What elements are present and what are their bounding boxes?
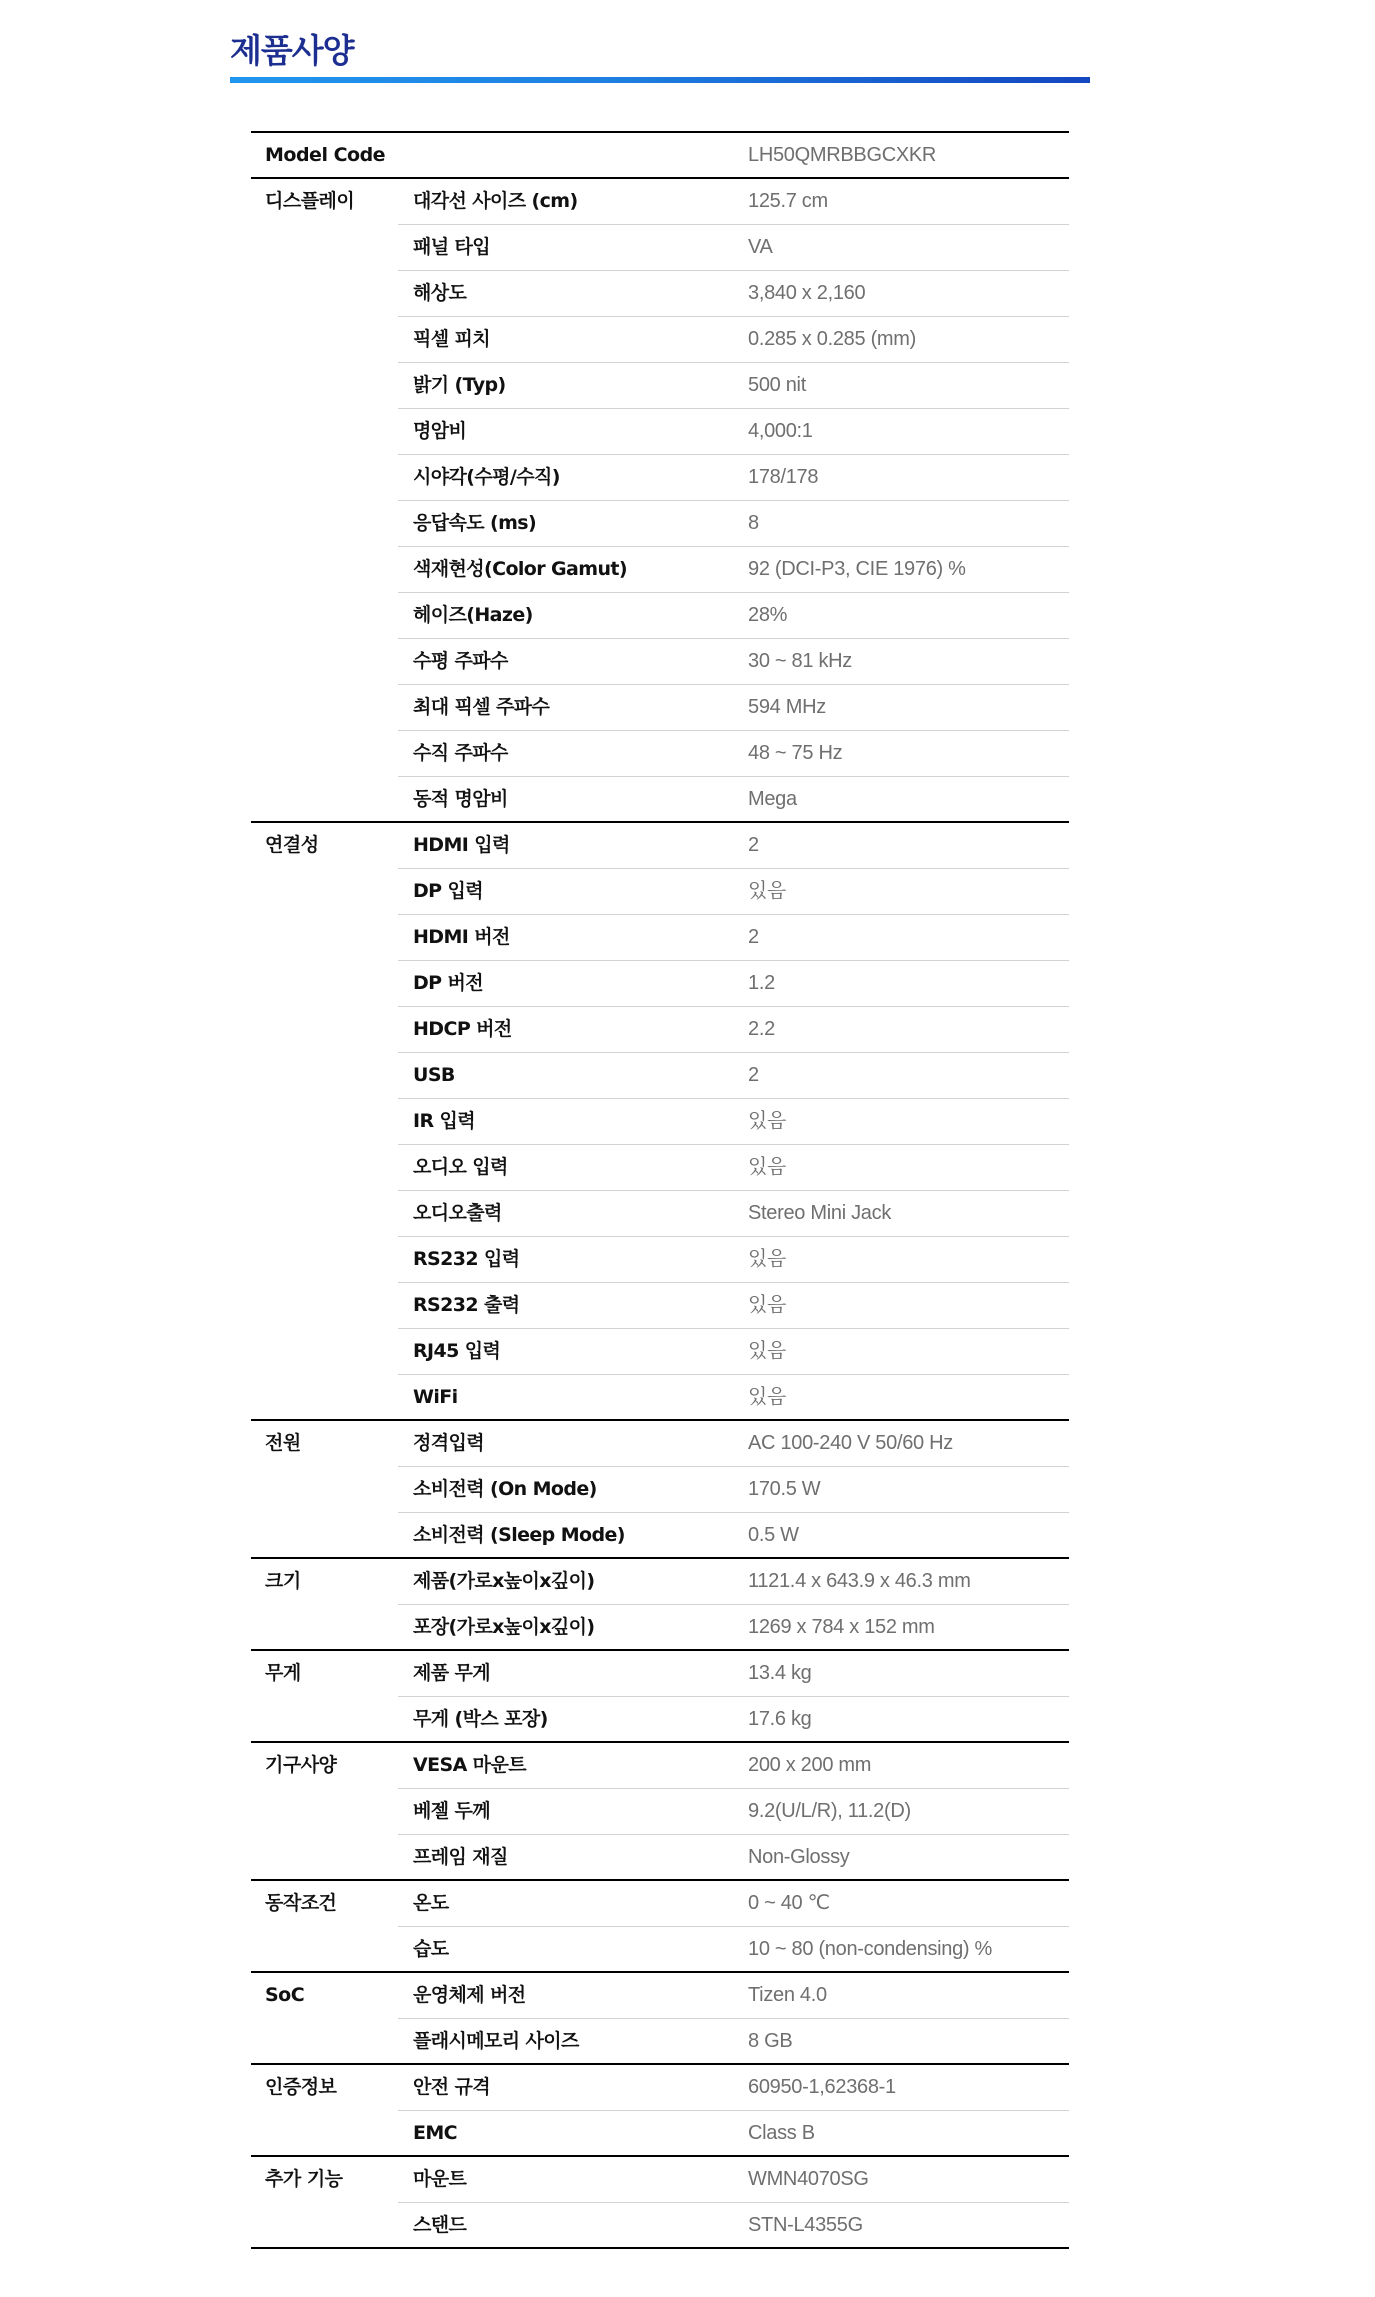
spec-group-display: 디스플레이대각선 사이즈 (cm)125.7 cm패널 타입VA해상도3,840… xyxy=(251,179,1069,823)
spec-category-label: SoC xyxy=(251,1973,398,2017)
spec-category-label: 연결성 xyxy=(251,823,398,867)
spec-value: 13.4 kg xyxy=(748,1651,1069,1696)
spec-value: 있음 xyxy=(748,1375,1069,1419)
spec-label: USB xyxy=(398,1053,748,1098)
spec-row: 습도10 ~ 80 (non-condensing) % xyxy=(398,1927,1069,1971)
spec-label: 동적 명암비 xyxy=(398,777,748,821)
spec-label: RS232 출력 xyxy=(398,1283,748,1328)
spec-value: WMN4070SG xyxy=(748,2157,1069,2202)
spec-row: 최대 픽셀 주파수594 MHz xyxy=(398,685,1069,731)
spec-category-label: 동작조건 xyxy=(251,1881,398,1925)
spec-row: 색재현성(Color Gamut)92 (DCI-P3, CIE 1976) % xyxy=(398,547,1069,593)
spec-row: HDMI 입력2 xyxy=(398,823,1069,869)
spec-label: RS232 입력 xyxy=(398,1237,748,1282)
spec-value: VA xyxy=(748,225,1069,270)
spec-group-certification: 인증정보안전 규격60950-1,62368-1EMCClass B xyxy=(251,2065,1069,2157)
spec-value: Class B xyxy=(748,2111,1069,2155)
spec-label: 해상도 xyxy=(398,271,748,316)
spec-value: 92 (DCI-P3, CIE 1976) % xyxy=(748,547,1069,592)
spec-row: 마운트WMN4070SG xyxy=(398,2157,1069,2203)
spec-row: 시야각(수평/수직)178/178 xyxy=(398,455,1069,501)
spec-value: Non-Glossy xyxy=(748,1835,1069,1879)
spec-row: RS232 출력있음 xyxy=(398,1283,1069,1329)
spec-row: 밝기 (Typ)500 nit xyxy=(398,363,1069,409)
spec-label: 명암비 xyxy=(398,409,748,454)
spec-group-operating-conditions: 동작조건온도0 ~ 40 ℃습도10 ~ 80 (non-condensing)… xyxy=(251,1881,1069,1973)
spec-rows: 대각선 사이즈 (cm)125.7 cm패널 타입VA해상도3,840 x 2,… xyxy=(398,179,1069,821)
spec-value: STN-L4355G xyxy=(748,2203,1069,2247)
spec-value: 4,000:1 xyxy=(748,409,1069,454)
spec-label: HDMI 버전 xyxy=(398,915,748,960)
spec-row: 대각선 사이즈 (cm)125.7 cm xyxy=(398,179,1069,225)
spec-value: 0 ~ 40 ℃ xyxy=(748,1881,1069,1926)
spec-value: 178/178 xyxy=(748,455,1069,500)
spec-row: EMCClass B xyxy=(398,2111,1069,2155)
spec-table: Model Code LH50QMRBBGCXKR 디스플레이대각선 사이즈 (… xyxy=(251,131,1069,2249)
spec-row: WiFi있음 xyxy=(398,1375,1069,1419)
spec-row: 헤이즈(Haze)28% xyxy=(398,593,1069,639)
spec-group-connectivity: 연결성HDMI 입력2DP 입력있음HDMI 버전2DP 버전1.2HDCP 버… xyxy=(251,823,1069,1421)
spec-rows: VESA 마운트200 x 200 mm베젤 두께9.2(U/L/R), 11.… xyxy=(398,1743,1069,1879)
spec-row: 플래시메모리 사이즈8 GB xyxy=(398,2019,1069,2063)
spec-value: Stereo Mini Jack xyxy=(748,1191,1069,1236)
spec-label: 픽셀 피치 xyxy=(398,317,748,362)
spec-value: 17.6 kg xyxy=(748,1697,1069,1741)
spec-label: 밝기 (Typ) xyxy=(398,363,748,408)
spec-label: 오디오 입력 xyxy=(398,1145,748,1190)
spec-value: 200 x 200 mm xyxy=(748,1743,1069,1788)
spec-label: IR 입력 xyxy=(398,1099,748,1144)
spec-label: 프레임 재질 xyxy=(398,1835,748,1879)
spec-label: 수평 주파수 xyxy=(398,639,748,684)
spec-value: Tizen 4.0 xyxy=(748,1973,1069,2018)
spec-label: 헤이즈(Haze) xyxy=(398,593,748,638)
spec-row: 수직 주파수48 ~ 75 Hz xyxy=(398,731,1069,777)
spec-row: 안전 규격60950-1,62368-1 xyxy=(398,2065,1069,2111)
spec-row: 운영체제 버전Tizen 4.0 xyxy=(398,1973,1069,2019)
spec-rows: 제품(가로x높이x깊이)1121.4 x 643.9 x 46.3 mm포장(가… xyxy=(398,1559,1069,1649)
spec-value: 2 xyxy=(748,823,1069,868)
spec-label: DP 입력 xyxy=(398,869,748,914)
spec-rows: 제품 무게13.4 kg무게 (박스 포장)17.6 kg xyxy=(398,1651,1069,1741)
spec-group-soc: SoC운영체제 버전Tizen 4.0플래시메모리 사이즈8 GB xyxy=(251,1973,1069,2065)
spec-label: 소비전력 (Sleep Mode) xyxy=(398,1513,748,1557)
spec-value: 125.7 cm xyxy=(748,179,1069,224)
spec-group-weight: 무게제품 무게13.4 kg무게 (박스 포장)17.6 kg xyxy=(251,1651,1069,1743)
spec-label: EMC xyxy=(398,2111,748,2155)
spec-category-label: 디스플레이 xyxy=(251,179,398,223)
spec-label: 대각선 사이즈 (cm) xyxy=(398,179,748,224)
spec-value: 594 MHz xyxy=(748,685,1069,730)
spec-rows: 마운트WMN4070SG스탠드STN-L4355G xyxy=(398,2157,1069,2247)
model-code-label: Model Code xyxy=(251,133,748,177)
spec-value: 170.5 W xyxy=(748,1467,1069,1512)
spec-label: HDCP 버전 xyxy=(398,1007,748,1052)
spec-label: 시야각(수평/수직) xyxy=(398,455,748,500)
spec-value: 500 nit xyxy=(748,363,1069,408)
spec-label: 포장(가로x높이x깊이) xyxy=(398,1605,748,1649)
spec-row: 패널 타입VA xyxy=(398,225,1069,271)
spec-row: IR 입력있음 xyxy=(398,1099,1069,1145)
spec-row: 동적 명암비Mega xyxy=(398,777,1069,821)
model-row: LH50QMRBBGCXKR xyxy=(748,133,1069,177)
spec-label: 스탠드 xyxy=(398,2203,748,2247)
spec-rows: HDMI 입력2DP 입력있음HDMI 버전2DP 버전1.2HDCP 버전2.… xyxy=(398,823,1069,1419)
spec-value: 60950-1,62368-1 xyxy=(748,2065,1069,2110)
spec-row: 오디오 입력있음 xyxy=(398,1145,1069,1191)
spec-label: 제품 무게 xyxy=(398,1651,748,1696)
spec-label: 플래시메모리 사이즈 xyxy=(398,2019,748,2063)
spec-row: 수평 주파수30 ~ 81 kHz xyxy=(398,639,1069,685)
spec-row: 소비전력 (On Mode)170.5 W xyxy=(398,1467,1069,1513)
spec-label: 제품(가로x높이x깊이) xyxy=(398,1559,748,1604)
model-rows: LH50QMRBBGCXKR xyxy=(748,133,1069,177)
spec-value: 2 xyxy=(748,915,1069,960)
spec-row: 프레임 재질Non-Glossy xyxy=(398,1835,1069,1879)
spec-value: 있음 xyxy=(748,1237,1069,1282)
spec-row: 제품 무게13.4 kg xyxy=(398,1651,1069,1697)
spec-label: 패널 타입 xyxy=(398,225,748,270)
spec-row: USB2 xyxy=(398,1053,1069,1099)
spec-label: 색재현성(Color Gamut) xyxy=(398,547,748,592)
spec-value: 있음 xyxy=(748,1099,1069,1144)
spec-category-label: 크기 xyxy=(251,1559,398,1603)
spec-label: 무게 (박스 포장) xyxy=(398,1697,748,1741)
spec-value: 28% xyxy=(748,593,1069,638)
spec-rows: 운영체제 버전Tizen 4.0플래시메모리 사이즈8 GB xyxy=(398,1973,1069,2063)
spec-label: 소비전력 (On Mode) xyxy=(398,1467,748,1512)
spec-label: VESA 마운트 xyxy=(398,1743,748,1788)
spec-label: 운영체제 버전 xyxy=(398,1973,748,2018)
spec-row: 베젤 두께9.2(U/L/R), 11.2(D) xyxy=(398,1789,1069,1835)
spec-group-mechanical: 기구사양VESA 마운트200 x 200 mm베젤 두께9.2(U/L/R),… xyxy=(251,1743,1069,1881)
page-title: 제품사양 xyxy=(230,30,354,72)
spec-row: RS232 입력있음 xyxy=(398,1237,1069,1283)
spec-value: Mega xyxy=(748,777,1069,821)
spec-value: 있음 xyxy=(748,1329,1069,1374)
spec-value: 10 ~ 80 (non-condensing) % xyxy=(748,1927,1069,1971)
spec-label: 안전 규격 xyxy=(398,2065,748,2110)
spec-label: 수직 주파수 xyxy=(398,731,748,776)
spec-label: 베젤 두께 xyxy=(398,1789,748,1834)
title-underline-bar xyxy=(230,77,1090,83)
spec-category-label: 전원 xyxy=(251,1421,398,1465)
spec-rows: 안전 규격60950-1,62368-1EMCClass B xyxy=(398,2065,1069,2155)
spec-group-model: Model Code LH50QMRBBGCXKR xyxy=(251,133,1069,179)
spec-label: HDMI 입력 xyxy=(398,823,748,868)
spec-value: 있음 xyxy=(748,869,1069,914)
spec-value: 8 GB xyxy=(748,2019,1069,2063)
spec-row: RJ45 입력있음 xyxy=(398,1329,1069,1375)
spec-label: 마운트 xyxy=(398,2157,748,2202)
spec-value: 있음 xyxy=(748,1145,1069,1190)
spec-label: RJ45 입력 xyxy=(398,1329,748,1374)
spec-label: 응답속도 (ms) xyxy=(398,501,748,546)
spec-row: 해상도3,840 x 2,160 xyxy=(398,271,1069,317)
spec-row: 온도0 ~ 40 ℃ xyxy=(398,1881,1069,1927)
spec-label: 오디오출력 xyxy=(398,1191,748,1236)
spec-category-label: 인증정보 xyxy=(251,2065,398,2109)
spec-value: 2 xyxy=(748,1053,1069,1098)
spec-value: 3,840 x 2,160 xyxy=(748,271,1069,316)
spec-category-label: 기구사양 xyxy=(251,1743,398,1787)
spec-rows: 온도0 ~ 40 ℃습도10 ~ 80 (non-condensing) % xyxy=(398,1881,1069,1971)
spec-value: 9.2(U/L/R), 11.2(D) xyxy=(748,1789,1069,1834)
spec-value: 2.2 xyxy=(748,1007,1069,1052)
spec-rows: 정격입력AC 100-240 V 50/60 Hz소비전력 (On Mode)1… xyxy=(398,1421,1069,1557)
spec-row: HDMI 버전2 xyxy=(398,915,1069,961)
spec-value: 1121.4 x 643.9 x 46.3 mm xyxy=(748,1559,1069,1604)
spec-value: 1269 x 784 x 152 mm xyxy=(748,1605,1069,1649)
spec-row: 정격입력AC 100-240 V 50/60 Hz xyxy=(398,1421,1069,1467)
spec-value: 30 ~ 81 kHz xyxy=(748,639,1069,684)
spec-row: 무게 (박스 포장)17.6 kg xyxy=(398,1697,1069,1741)
spec-label: 최대 픽셀 주파수 xyxy=(398,685,748,730)
spec-value: 0.285 x 0.285 (mm) xyxy=(748,317,1069,362)
spec-category-label: 추가 기능 xyxy=(251,2157,398,2201)
spec-value: 0.5 W xyxy=(748,1513,1069,1557)
spec-row: 오디오출력Stereo Mini Jack xyxy=(398,1191,1069,1237)
spec-row: 명암비4,000:1 xyxy=(398,409,1069,455)
spec-row: 제품(가로x높이x깊이)1121.4 x 643.9 x 46.3 mm xyxy=(398,1559,1069,1605)
spec-value: 1.2 xyxy=(748,961,1069,1006)
spec-value: AC 100-240 V 50/60 Hz xyxy=(748,1421,1069,1466)
spec-category-label: 무게 xyxy=(251,1651,398,1695)
spec-row: 픽셀 피치0.285 x 0.285 (mm) xyxy=(398,317,1069,363)
spec-row: 스탠드STN-L4355G xyxy=(398,2203,1069,2247)
spec-label: WiFi xyxy=(398,1375,748,1419)
spec-row: HDCP 버전2.2 xyxy=(398,1007,1069,1053)
spec-value: 8 xyxy=(748,501,1069,546)
spec-row: 응답속도 (ms)8 xyxy=(398,501,1069,547)
spec-label: DP 버전 xyxy=(398,961,748,1006)
spec-group-size: 크기제품(가로x높이x깊이)1121.4 x 643.9 x 46.3 mm포장… xyxy=(251,1559,1069,1651)
spec-value: 있음 xyxy=(748,1283,1069,1328)
spec-label: 정격입력 xyxy=(398,1421,748,1466)
spec-group-power: 전원정격입력AC 100-240 V 50/60 Hz소비전력 (On Mode… xyxy=(251,1421,1069,1559)
spec-label: 온도 xyxy=(398,1881,748,1926)
spec-row: DP 입력있음 xyxy=(398,869,1069,915)
spec-value: 48 ~ 75 Hz xyxy=(748,731,1069,776)
spec-label: 습도 xyxy=(398,1927,748,1971)
spec-row: VESA 마운트200 x 200 mm xyxy=(398,1743,1069,1789)
spec-row: 포장(가로x높이x깊이)1269 x 784 x 152 mm xyxy=(398,1605,1069,1649)
model-code-value: LH50QMRBBGCXKR xyxy=(748,133,1069,177)
spec-row: 소비전력 (Sleep Mode)0.5 W xyxy=(398,1513,1069,1557)
spec-group-additional-features: 추가 기능마운트WMN4070SG스탠드STN-L4355G xyxy=(251,2157,1069,2249)
spec-row: DP 버전1.2 xyxy=(398,961,1069,1007)
